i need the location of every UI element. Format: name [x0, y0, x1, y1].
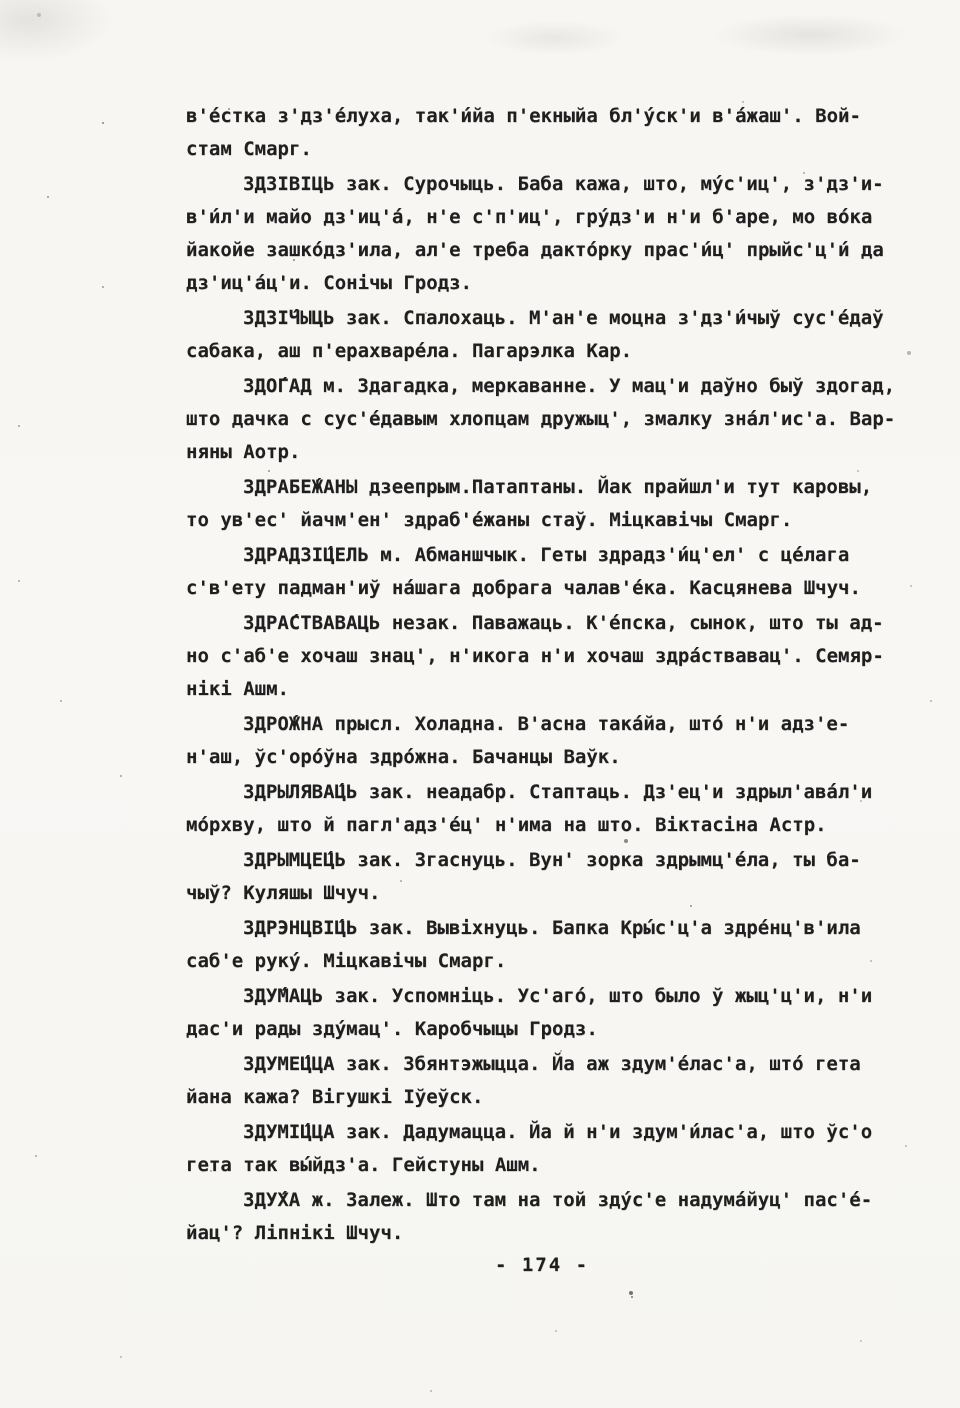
- dictionary-entry-zdrozhna: ЗДРО́ЖНА прысл. Холадна. В'асна така́йа,…: [186, 708, 898, 774]
- dictionary-entry-zdohad: ЗДО́ГАД м. Здагадка, меркаванне. У мац'и…: [186, 370, 898, 469]
- scan-specks: [0, 0, 2, 2]
- dictionary-entry-zdrastvavac: ЗДРА́СТВАВАЦЬ незак. Паважаць. К'е́пска,…: [186, 607, 898, 706]
- dictionary-entry-zdzichyc: ЗДЗІ́ЧЫЦЬ зак. Спалохаць. М'ан'е моцна з…: [186, 302, 898, 368]
- dictionary-entry-zduha: ЗДУ́ХА ж. Залеж. Што там на той зду́с'е …: [186, 1184, 898, 1250]
- dictionary-entry-zdrencvic: ЗДРЭНЦВІ́ЦЬ зак. Вывіхнуць. Бапка Кры́с'…: [186, 912, 898, 978]
- dictionary-entry-zdzivic: ЗДЗІВІЦЬ зак. Сурочыць. Баба кажа, што, …: [186, 168, 898, 300]
- scanned-dictionary-page: в'е́стка з'дз'е́луха, так'и́йа п'екныйа …: [0, 0, 960, 1408]
- page-number: - 174 -: [186, 1254, 898, 1276]
- dictionary-entry-zdumecca: ЗДУМЕ́ЦЦА зак. Збянтэжыцца. Йа аж здум'е…: [186, 1048, 898, 1114]
- dictionary-entry-continuation: в'е́стка з'дз'е́луха, так'и́йа п'екныйа …: [186, 100, 898, 166]
- dictionary-text-block: в'е́стка з'дз'е́луха, так'и́йа п'екныйа …: [186, 100, 898, 1252]
- dictionary-entry-zdrymcec: ЗДРЫМЦЕ́ЦЬ зак. Згаснуць. Вун' зорка здр…: [186, 844, 898, 910]
- dictionary-entry-zdradzicel: ЗДРАДЗІ́ЦЕЛЬ м. Абманшчык. Геты здрадз'и…: [186, 539, 898, 605]
- dictionary-entry-zdumicca: ЗДУМІ́ЦЦА зак. Дадумацца. Йа й н'и здум'…: [186, 1116, 898, 1182]
- dictionary-entry-zdrylyavac: ЗДРЫЛЯВА́ЦЬ зак. неадабр. Стаптаць. Дз'е…: [186, 776, 898, 842]
- dictionary-entry-zdumac: ЗДУ́МАЦЬ зак. Успомніць. Ус'аго́, што бы…: [186, 980, 898, 1046]
- dictionary-entry-zdrabezhany: ЗДРАБЕ́ЖАНЫ дзеепрым.Патаптаны. Йак прай…: [186, 471, 898, 537]
